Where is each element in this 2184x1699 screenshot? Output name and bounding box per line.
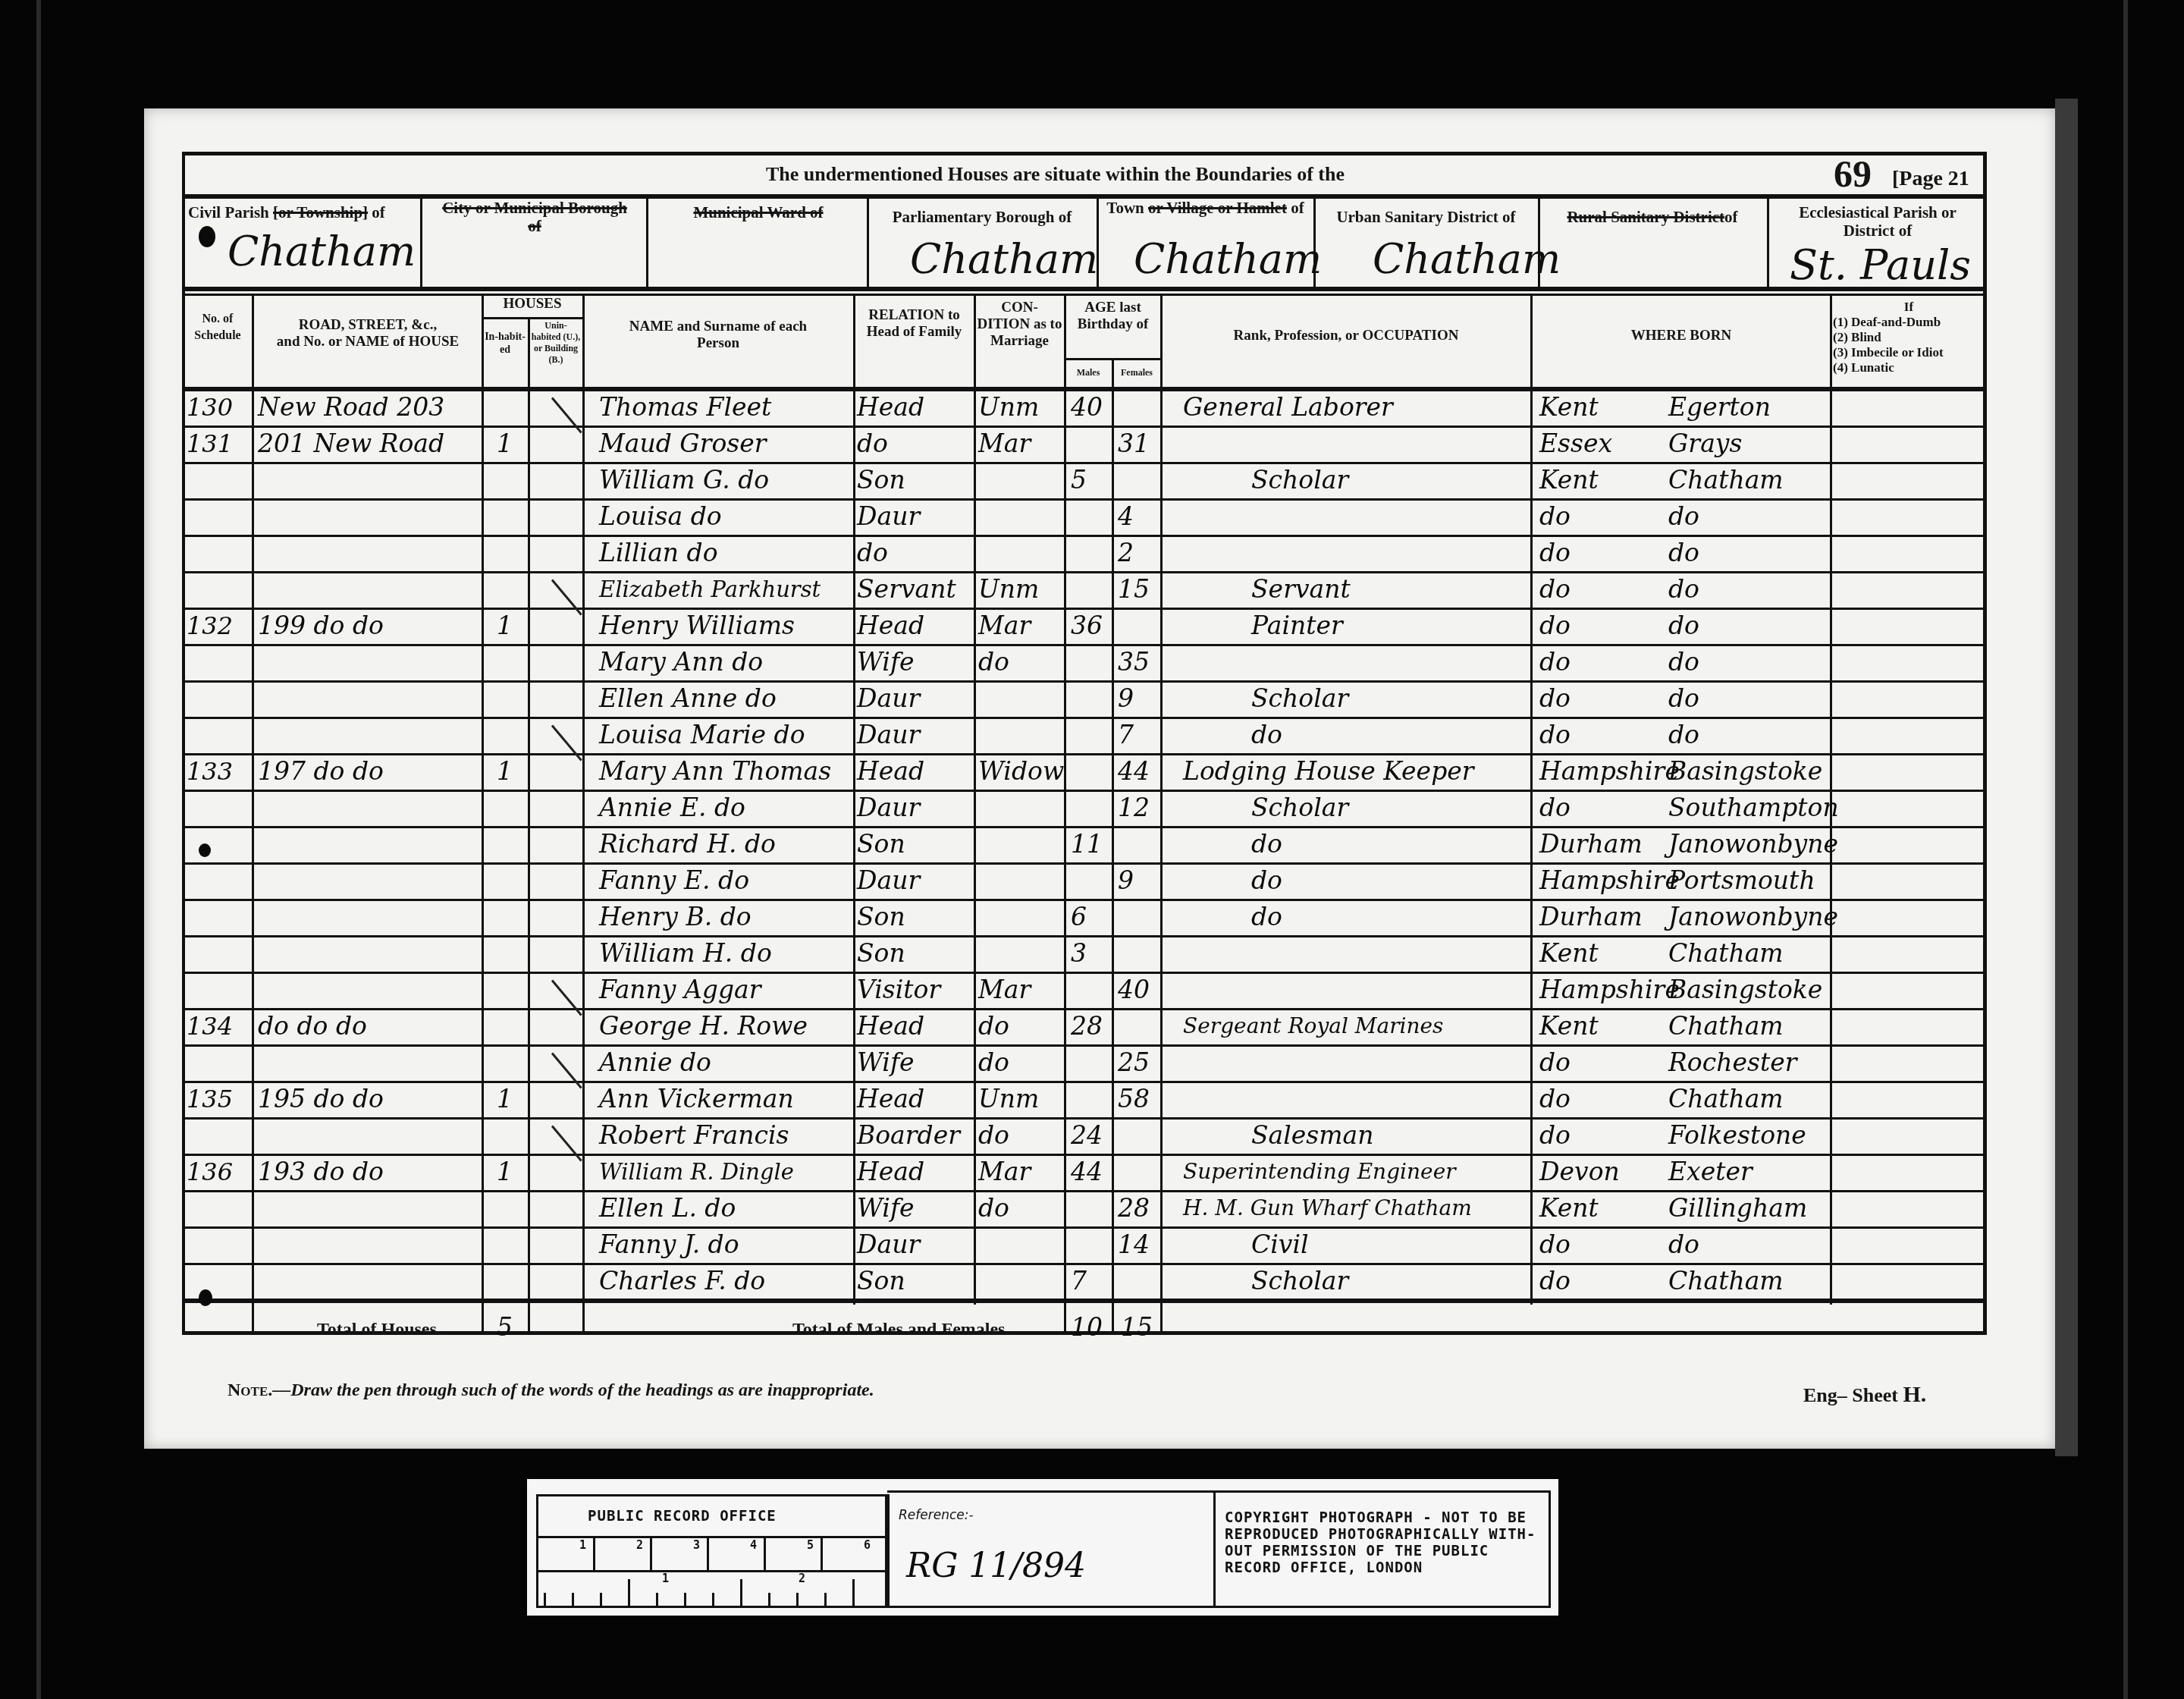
occupation-cell: H. M. Gun Wharf Chatham xyxy=(1183,1193,1472,1223)
row-divider xyxy=(182,972,1987,974)
col-divider xyxy=(582,296,585,1335)
born-place-cell: Basingstoke xyxy=(1668,756,1822,787)
person-name-cell: William H. do xyxy=(599,938,772,969)
female-age-cell: 2 xyxy=(1118,538,1134,568)
born-county-cell: Hampshire xyxy=(1539,756,1680,787)
condition-cell: do xyxy=(978,1011,1009,1041)
male-age-cell: 24 xyxy=(1071,1120,1103,1151)
civil-parish-header: Civil Parish [or Township] of xyxy=(188,203,420,221)
row-divider xyxy=(182,608,1987,610)
infirmity-3: (3) Imbecile or Idiot xyxy=(1833,345,1985,360)
schedule-cell: 135 xyxy=(187,1084,233,1114)
parliamentary-borough-value: Chatham xyxy=(910,235,1098,283)
born-place-cell: Chatham xyxy=(1668,1084,1784,1114)
col-schedule: No. of Schedule xyxy=(184,311,251,344)
relation-cell: Head xyxy=(857,1084,924,1114)
occupation-cell: General Laborer xyxy=(1183,392,1393,422)
page-reference: [Page 21 xyxy=(1892,167,1969,191)
ruler-tick xyxy=(796,1593,799,1606)
relation-cell: Head xyxy=(857,756,924,787)
col-inhabited: In-habit-ed xyxy=(484,331,526,356)
row-divider xyxy=(182,426,1987,428)
row-divider xyxy=(182,753,1987,755)
schedule-cell: 136 xyxy=(187,1157,233,1187)
row-divider xyxy=(182,1081,1987,1083)
born-place-cell: Portsmouth xyxy=(1668,865,1815,896)
occupation-cell: do xyxy=(1251,720,1282,750)
col-occupation: Rank, Profession, or OCCUPATION xyxy=(1163,328,1530,344)
born-county-cell: Durham xyxy=(1539,829,1643,859)
ruler-cm-number: 6 xyxy=(864,1538,871,1552)
ruler-tick xyxy=(768,1593,770,1606)
female-age-cell: 31 xyxy=(1118,429,1150,459)
relation-cell: Daur xyxy=(857,1229,920,1260)
born-county-cell: do xyxy=(1539,1084,1571,1114)
born-place-cell: Grays xyxy=(1668,429,1742,459)
female-age-cell: 7 xyxy=(1118,720,1134,750)
header-label: Town xyxy=(1106,199,1144,217)
ruler-cm-number: 2 xyxy=(636,1538,644,1552)
municipal-borough-header: City or Municipal Borough of xyxy=(436,199,633,235)
male-age-cell: 5 xyxy=(1071,465,1087,495)
row-divider xyxy=(182,535,1987,537)
person-name-cell: Robert Francis xyxy=(599,1120,789,1151)
town-value: Chatham xyxy=(1134,235,1322,283)
born-county-cell: Hampshire xyxy=(1539,865,1680,896)
ruler-inch-number: 1 xyxy=(662,1572,670,1585)
born-county-cell: Kent xyxy=(1539,1011,1599,1041)
col-name-line2: Person xyxy=(584,335,852,352)
born-place-cell: do xyxy=(1668,683,1699,714)
municipal-ward-header: Municipal Ward of xyxy=(660,203,857,221)
born-place-cell: Rochester xyxy=(1668,1047,1796,1078)
inhabited-cell: 1 xyxy=(497,429,513,459)
relation-cell: Daur xyxy=(857,683,920,714)
born-county-cell: Durham xyxy=(1539,902,1643,932)
col-where-born: WHERE BORN xyxy=(1533,328,1830,344)
divider xyxy=(536,1570,887,1572)
born-place-cell: Folkestone xyxy=(1668,1120,1806,1151)
address-cell: do do do xyxy=(258,1011,367,1041)
schedule-cell: 134 xyxy=(187,1011,233,1041)
relation-cell: Head xyxy=(857,1157,924,1187)
born-county-cell: do xyxy=(1539,683,1571,714)
male-age-cell: 28 xyxy=(1071,1011,1103,1041)
person-name-cell: Henry Williams xyxy=(599,611,795,641)
born-place-cell: do xyxy=(1668,1229,1699,1260)
person-name-cell: Louisa Marie do xyxy=(599,720,805,750)
infirmity-4: (4) Lunatic xyxy=(1833,360,1985,375)
female-age-cell: 40 xyxy=(1118,975,1150,1005)
occupation-cell: Salesman xyxy=(1251,1120,1374,1151)
header-suffix: of xyxy=(1291,199,1304,217)
female-age-cell: 9 xyxy=(1118,865,1134,896)
born-place-cell: do xyxy=(1668,647,1699,677)
ruler-cm-number: 4 xyxy=(750,1538,758,1552)
born-place-cell: Chatham xyxy=(1668,1011,1784,1041)
total-houses-label: Total of Houses... xyxy=(317,1320,450,1340)
label-border xyxy=(887,1490,1551,1608)
row-divider xyxy=(182,498,1987,501)
ruler-tick xyxy=(824,1593,827,1606)
condition-cell: do xyxy=(978,1047,1009,1078)
occupation-cell: Superintending Engineer xyxy=(1183,1157,1456,1187)
total-females-value: 15 xyxy=(1121,1312,1153,1343)
male-age-cell: 40 xyxy=(1071,392,1103,422)
address-cell: New Road 203 xyxy=(258,392,444,422)
col-road-line1: ROAD, STREET, &c., xyxy=(255,317,481,334)
row-divider xyxy=(182,571,1987,573)
occupation-cell: Scholar xyxy=(1251,1266,1348,1296)
relation-cell: Wife xyxy=(857,647,915,677)
born-place-cell: Janowonbyne xyxy=(1668,902,1838,932)
born-county-cell: Kent xyxy=(1539,392,1599,422)
total-persons-label: Total of Males and Females... xyxy=(792,1320,1018,1340)
condition-cell: Mar xyxy=(978,611,1031,641)
civil-parish-value: Chatham xyxy=(227,228,416,275)
female-age-cell: 44 xyxy=(1118,756,1150,787)
ruler-tick xyxy=(572,1593,574,1606)
row-divider xyxy=(182,1154,1987,1156)
relation-cell: Daur xyxy=(857,865,920,896)
born-county-cell: do xyxy=(1539,1047,1571,1078)
born-county-cell: do xyxy=(1539,501,1571,532)
inhabited-cell: 1 xyxy=(497,756,513,787)
address-cell: 193 do do xyxy=(258,1157,384,1187)
person-name-cell: Fanny Aggar xyxy=(599,975,761,1005)
person-name-cell: Annie E. do xyxy=(599,793,745,823)
header-suffix: of xyxy=(1724,208,1738,226)
col-females: Females xyxy=(1113,364,1160,381)
male-age-cell: 7 xyxy=(1071,1266,1087,1296)
town-header: Town or Village or Hamlet of xyxy=(1101,199,1310,217)
relation-cell: Wife xyxy=(857,1193,915,1223)
condition-cell: Unm xyxy=(978,1084,1039,1114)
person-name-cell: Richard H. do xyxy=(599,829,776,859)
born-place-cell: do xyxy=(1668,501,1699,532)
row-divider xyxy=(182,935,1987,937)
born-place-cell: Egerton xyxy=(1668,392,1771,422)
divider xyxy=(536,1536,887,1538)
ruler-divider xyxy=(707,1536,709,1570)
row-divider xyxy=(182,1263,1987,1265)
page-title: The undermentioned Houses are situate wi… xyxy=(766,163,1345,186)
occupation-cell: Painter xyxy=(1251,611,1343,641)
person-name-cell: Louisa do xyxy=(599,501,722,532)
born-county-cell: do xyxy=(1539,1266,1571,1296)
relation-cell: Servant xyxy=(857,574,956,605)
relation-cell: Head xyxy=(857,392,924,422)
relation-cell: Head xyxy=(857,1011,924,1041)
inhabited-cell: 1 xyxy=(497,1157,513,1187)
born-county-cell: Hampshire xyxy=(1539,975,1680,1005)
born-county-cell: do xyxy=(1539,793,1571,823)
col-name: NAME and Surname of each Person xyxy=(584,319,852,352)
divider xyxy=(482,317,582,319)
occupation-cell: Scholar xyxy=(1251,683,1348,714)
person-name-cell: Ellen L. do xyxy=(599,1193,736,1223)
person-name-cell: George H. Rowe xyxy=(599,1011,808,1041)
footer-note: Note.—Draw the pen through such of the w… xyxy=(227,1380,874,1401)
born-county-cell: Kent xyxy=(1539,1193,1599,1223)
born-county-cell: do xyxy=(1539,538,1571,568)
address-cell: 199 do do xyxy=(258,611,384,641)
ruler-cm-number: 1 xyxy=(579,1538,587,1552)
inhabited-cell: 1 xyxy=(497,611,513,641)
sheet-letter: H. xyxy=(1903,1382,1926,1407)
person-name-cell: Annie do xyxy=(599,1047,711,1078)
schedule-cell: 132 xyxy=(187,611,233,641)
office-title: PUBLIC RECORD OFFICE xyxy=(588,1508,777,1525)
born-county-cell: do xyxy=(1539,574,1571,605)
ruler-tick xyxy=(740,1579,742,1606)
person-name-cell: Elizabeth Parkhurst xyxy=(599,574,821,605)
person-name-cell: William R. Dingle xyxy=(599,1157,794,1187)
divider xyxy=(182,287,1987,291)
schedule-cell: 133 xyxy=(187,756,233,787)
female-age-cell: 15 xyxy=(1118,574,1150,605)
female-age-cell: 9 xyxy=(1118,683,1134,714)
ink-blot xyxy=(199,226,215,247)
film-edge-stripe xyxy=(36,0,41,1699)
female-age-cell: 35 xyxy=(1118,647,1150,677)
schedule-cell: 130 xyxy=(187,392,233,422)
infirmity-1: (1) Deaf-and-Dumb xyxy=(1833,315,1985,330)
struck-text: or Village or Hamlet xyxy=(1148,199,1287,217)
col-road-line2: and No. or NAME of HOUSE xyxy=(255,334,481,350)
infirmity-2: (2) Blind xyxy=(1833,330,1985,345)
born-place-cell: Gillingham xyxy=(1668,1193,1807,1223)
row-divider xyxy=(182,899,1987,901)
col-divider xyxy=(1064,296,1066,1335)
relation-cell: Daur xyxy=(857,720,920,750)
person-name-cell: Ellen Anne do xyxy=(599,683,777,714)
divider xyxy=(646,196,648,290)
born-county-cell: do xyxy=(1539,1120,1571,1151)
col-males: Males xyxy=(1065,364,1112,381)
female-age-cell: 4 xyxy=(1118,501,1134,532)
relation-cell: Visitor xyxy=(857,975,940,1005)
condition-cell: do xyxy=(978,1193,1009,1223)
relation-cell: Daur xyxy=(857,501,920,532)
ruler-cm-number: 3 xyxy=(693,1538,701,1552)
row-divider xyxy=(182,644,1987,646)
col-divider xyxy=(1160,296,1163,1335)
row-divider xyxy=(182,1190,1987,1192)
occupation-cell: do xyxy=(1251,829,1282,859)
occupation-cell: do xyxy=(1251,865,1282,896)
ruler-divider xyxy=(593,1536,595,1570)
row-divider xyxy=(182,1044,1987,1047)
condition-cell: Mar xyxy=(978,975,1031,1005)
born-county-cell: Essex xyxy=(1539,429,1612,459)
parliamentary-borough-header: Parliamentary Borough of xyxy=(872,208,1092,226)
col-road: ROAD, STREET, &c., and No. or NAME of HO… xyxy=(255,317,481,350)
relation-cell: Daur xyxy=(857,793,920,823)
ruler-divider xyxy=(650,1536,652,1570)
person-name-cell: Mary Ann Thomas xyxy=(599,756,831,787)
col-relation: RELATION to Head of Family xyxy=(855,307,973,341)
person-name-cell: William G. do xyxy=(599,465,769,495)
col-divider xyxy=(252,296,254,1335)
ink-blot xyxy=(199,843,211,857)
born-place-cell: Basingstoke xyxy=(1668,975,1822,1005)
col-houses: HOUSES xyxy=(483,296,582,312)
col-divider xyxy=(1112,360,1114,1335)
relation-cell: Head xyxy=(857,611,924,641)
relation-cell: Son xyxy=(857,465,905,495)
col-name-line1: NAME and Surname of each xyxy=(584,319,852,335)
person-name-cell: Charles F. do xyxy=(599,1266,765,1296)
page-shadow xyxy=(2055,99,2078,1456)
ruler-divider xyxy=(821,1536,823,1570)
born-county-cell: Kent xyxy=(1539,465,1599,495)
female-age-cell: 12 xyxy=(1118,793,1150,823)
struck-text: Rural Sanitary District xyxy=(1567,208,1724,226)
row-divider xyxy=(182,1226,1987,1229)
col-divider xyxy=(482,296,484,1335)
row-divider xyxy=(182,826,1987,828)
male-age-cell: 11 xyxy=(1071,829,1103,859)
born-place-cell: Chatham xyxy=(1668,465,1784,495)
divider xyxy=(420,196,422,290)
struck-text: [or Township] xyxy=(273,203,368,221)
relation-cell: Son xyxy=(857,902,905,932)
address-cell: 195 do do xyxy=(258,1084,384,1114)
folio-number: 69 xyxy=(1834,152,1872,196)
divider xyxy=(867,196,869,290)
divider xyxy=(1767,196,1769,290)
male-age-cell: 6 xyxy=(1071,902,1087,932)
born-place-cell: Southampton xyxy=(1668,793,1839,823)
occupation-cell: Servant xyxy=(1251,574,1351,605)
female-age-cell: 58 xyxy=(1118,1084,1150,1114)
occupation-cell: Lodging House Keeper xyxy=(1183,756,1474,787)
born-county-cell: Kent xyxy=(1539,938,1599,969)
ruler-tick xyxy=(628,1579,630,1606)
person-name-cell: Thomas Fleet xyxy=(599,392,771,422)
ruler-divider xyxy=(764,1536,766,1570)
total-males-value: 10 xyxy=(1071,1312,1103,1343)
born-place-cell: do xyxy=(1668,611,1699,641)
infirmity-if: If xyxy=(1833,300,1985,315)
born-place-cell: Janowonbyne xyxy=(1668,829,1838,859)
ruler-tick xyxy=(544,1593,546,1606)
person-name-cell: Ann Vickerman xyxy=(599,1084,794,1114)
condition-cell: Mar xyxy=(978,1157,1031,1187)
person-name-cell: Fanny J. do xyxy=(599,1229,739,1260)
condition-cell: Mar xyxy=(978,429,1031,459)
ecclesiastical-parish-value: St. Pauls xyxy=(1790,241,1971,289)
born-county-cell: do xyxy=(1539,647,1571,677)
sheet-prefix: Eng– Sheet xyxy=(1803,1384,1898,1406)
ruler-tick xyxy=(656,1593,658,1606)
row-divider xyxy=(182,717,1987,719)
total-houses-value: 5 xyxy=(497,1312,513,1343)
ruler-tick xyxy=(852,1579,855,1606)
occupation-cell: do xyxy=(1251,902,1282,932)
person-name-cell: Mary Ann do xyxy=(599,647,763,677)
relation-cell: Wife xyxy=(857,1047,915,1078)
born-county-cell: Devon xyxy=(1539,1157,1620,1187)
born-place-cell: Chatham xyxy=(1668,1266,1784,1296)
row-divider xyxy=(182,680,1987,683)
condition-cell: Widow xyxy=(978,756,1064,787)
relation-cell: Son xyxy=(857,938,905,969)
born-county-cell: do xyxy=(1539,1229,1571,1260)
relation-cell: do xyxy=(857,429,888,459)
header-suffix: of xyxy=(372,203,385,221)
note-text: —Draw the pen through such of the words … xyxy=(272,1380,874,1400)
row-divider xyxy=(182,1008,1987,1010)
ruler-tick xyxy=(712,1593,714,1606)
col-infirmity: If (1) Deaf-and-Dumb (2) Blind (3) Imbec… xyxy=(1833,300,1985,375)
occupation-cell: Civil xyxy=(1251,1229,1309,1260)
row-divider xyxy=(182,790,1987,792)
ruler-inch-number: 2 xyxy=(799,1572,806,1585)
condition-cell: Unm xyxy=(978,574,1039,605)
urban-sanitary-value: Chatham xyxy=(1373,235,1561,283)
female-age-cell: 28 xyxy=(1118,1193,1150,1223)
relation-cell: Son xyxy=(857,1266,905,1296)
person-name-cell: Maud Groser xyxy=(599,429,767,459)
condition-cell: do xyxy=(978,647,1009,677)
col-condition: CON-DITION as to Marriage xyxy=(976,300,1063,350)
note-prefix: Note. xyxy=(227,1380,272,1400)
condition-cell: Unm xyxy=(978,392,1039,422)
relation-cell: Son xyxy=(857,829,905,859)
divider xyxy=(182,1299,1987,1303)
born-place-cell: do xyxy=(1668,574,1699,605)
ecclesiastical-parish-header: Ecclesiastical Parish or District of xyxy=(1771,203,1984,240)
schedule-cell: 131 xyxy=(187,429,233,459)
male-age-cell: 3 xyxy=(1071,938,1087,969)
occupation-cell: Sergeant Royal Marines xyxy=(1183,1011,1444,1041)
divider xyxy=(182,387,1987,391)
ruler-tick xyxy=(600,1593,602,1606)
address-cell: 201 New Road xyxy=(258,429,444,459)
born-place-cell: do xyxy=(1668,720,1699,750)
relation-cell: do xyxy=(857,538,888,568)
born-place-cell: Chatham xyxy=(1668,938,1784,969)
born-county-cell: do xyxy=(1539,611,1571,641)
ruler-tick xyxy=(684,1593,686,1606)
urban-sanitary-header: Urban Sanitary District of xyxy=(1318,208,1534,226)
ink-blot xyxy=(199,1289,212,1306)
born-place-cell: do xyxy=(1668,538,1699,568)
relation-cell: Boarder xyxy=(857,1120,960,1151)
born-county-cell: do xyxy=(1539,720,1571,750)
occupation-cell: Scholar xyxy=(1251,465,1348,495)
person-name-cell: Fanny E. do xyxy=(599,865,749,896)
female-age-cell: 14 xyxy=(1118,1229,1150,1260)
female-age-cell: 25 xyxy=(1118,1047,1150,1078)
person-name-cell: Lillian do xyxy=(599,538,718,568)
divider xyxy=(1064,358,1160,360)
col-age: AGE last Birthday of xyxy=(1066,300,1159,333)
row-divider xyxy=(182,462,1987,464)
rural-sanitary-header: Rural Sanitary Districtof xyxy=(1542,208,1762,226)
divider xyxy=(182,294,1987,296)
male-age-cell: 44 xyxy=(1071,1157,1103,1187)
person-name-cell: Henry B. do xyxy=(599,902,752,932)
col-uninhabited: Unin-habited (U.), or Building (B.) xyxy=(530,320,582,366)
ruler-cm-number: 5 xyxy=(807,1538,814,1552)
sheet-label: Eng– Sheet H. xyxy=(1803,1382,1926,1408)
row-divider xyxy=(182,862,1987,865)
male-age-cell: 36 xyxy=(1071,611,1103,641)
row-divider xyxy=(182,1117,1987,1120)
